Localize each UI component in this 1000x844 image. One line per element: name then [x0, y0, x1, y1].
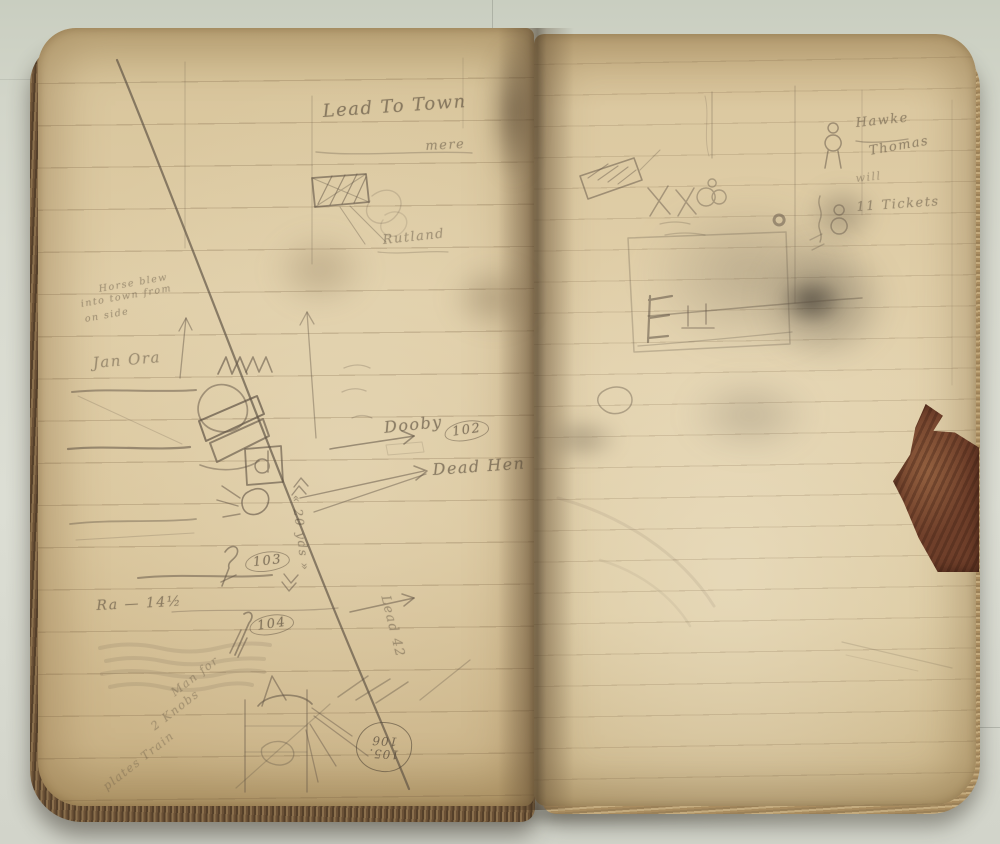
number-106: 106 — [371, 733, 398, 747]
notebook-photo: Lead To Town mere Rutland Horse blew int… — [0, 0, 1000, 844]
label-mere: mere — [425, 137, 466, 154]
label-name-will: will — [855, 169, 882, 185]
